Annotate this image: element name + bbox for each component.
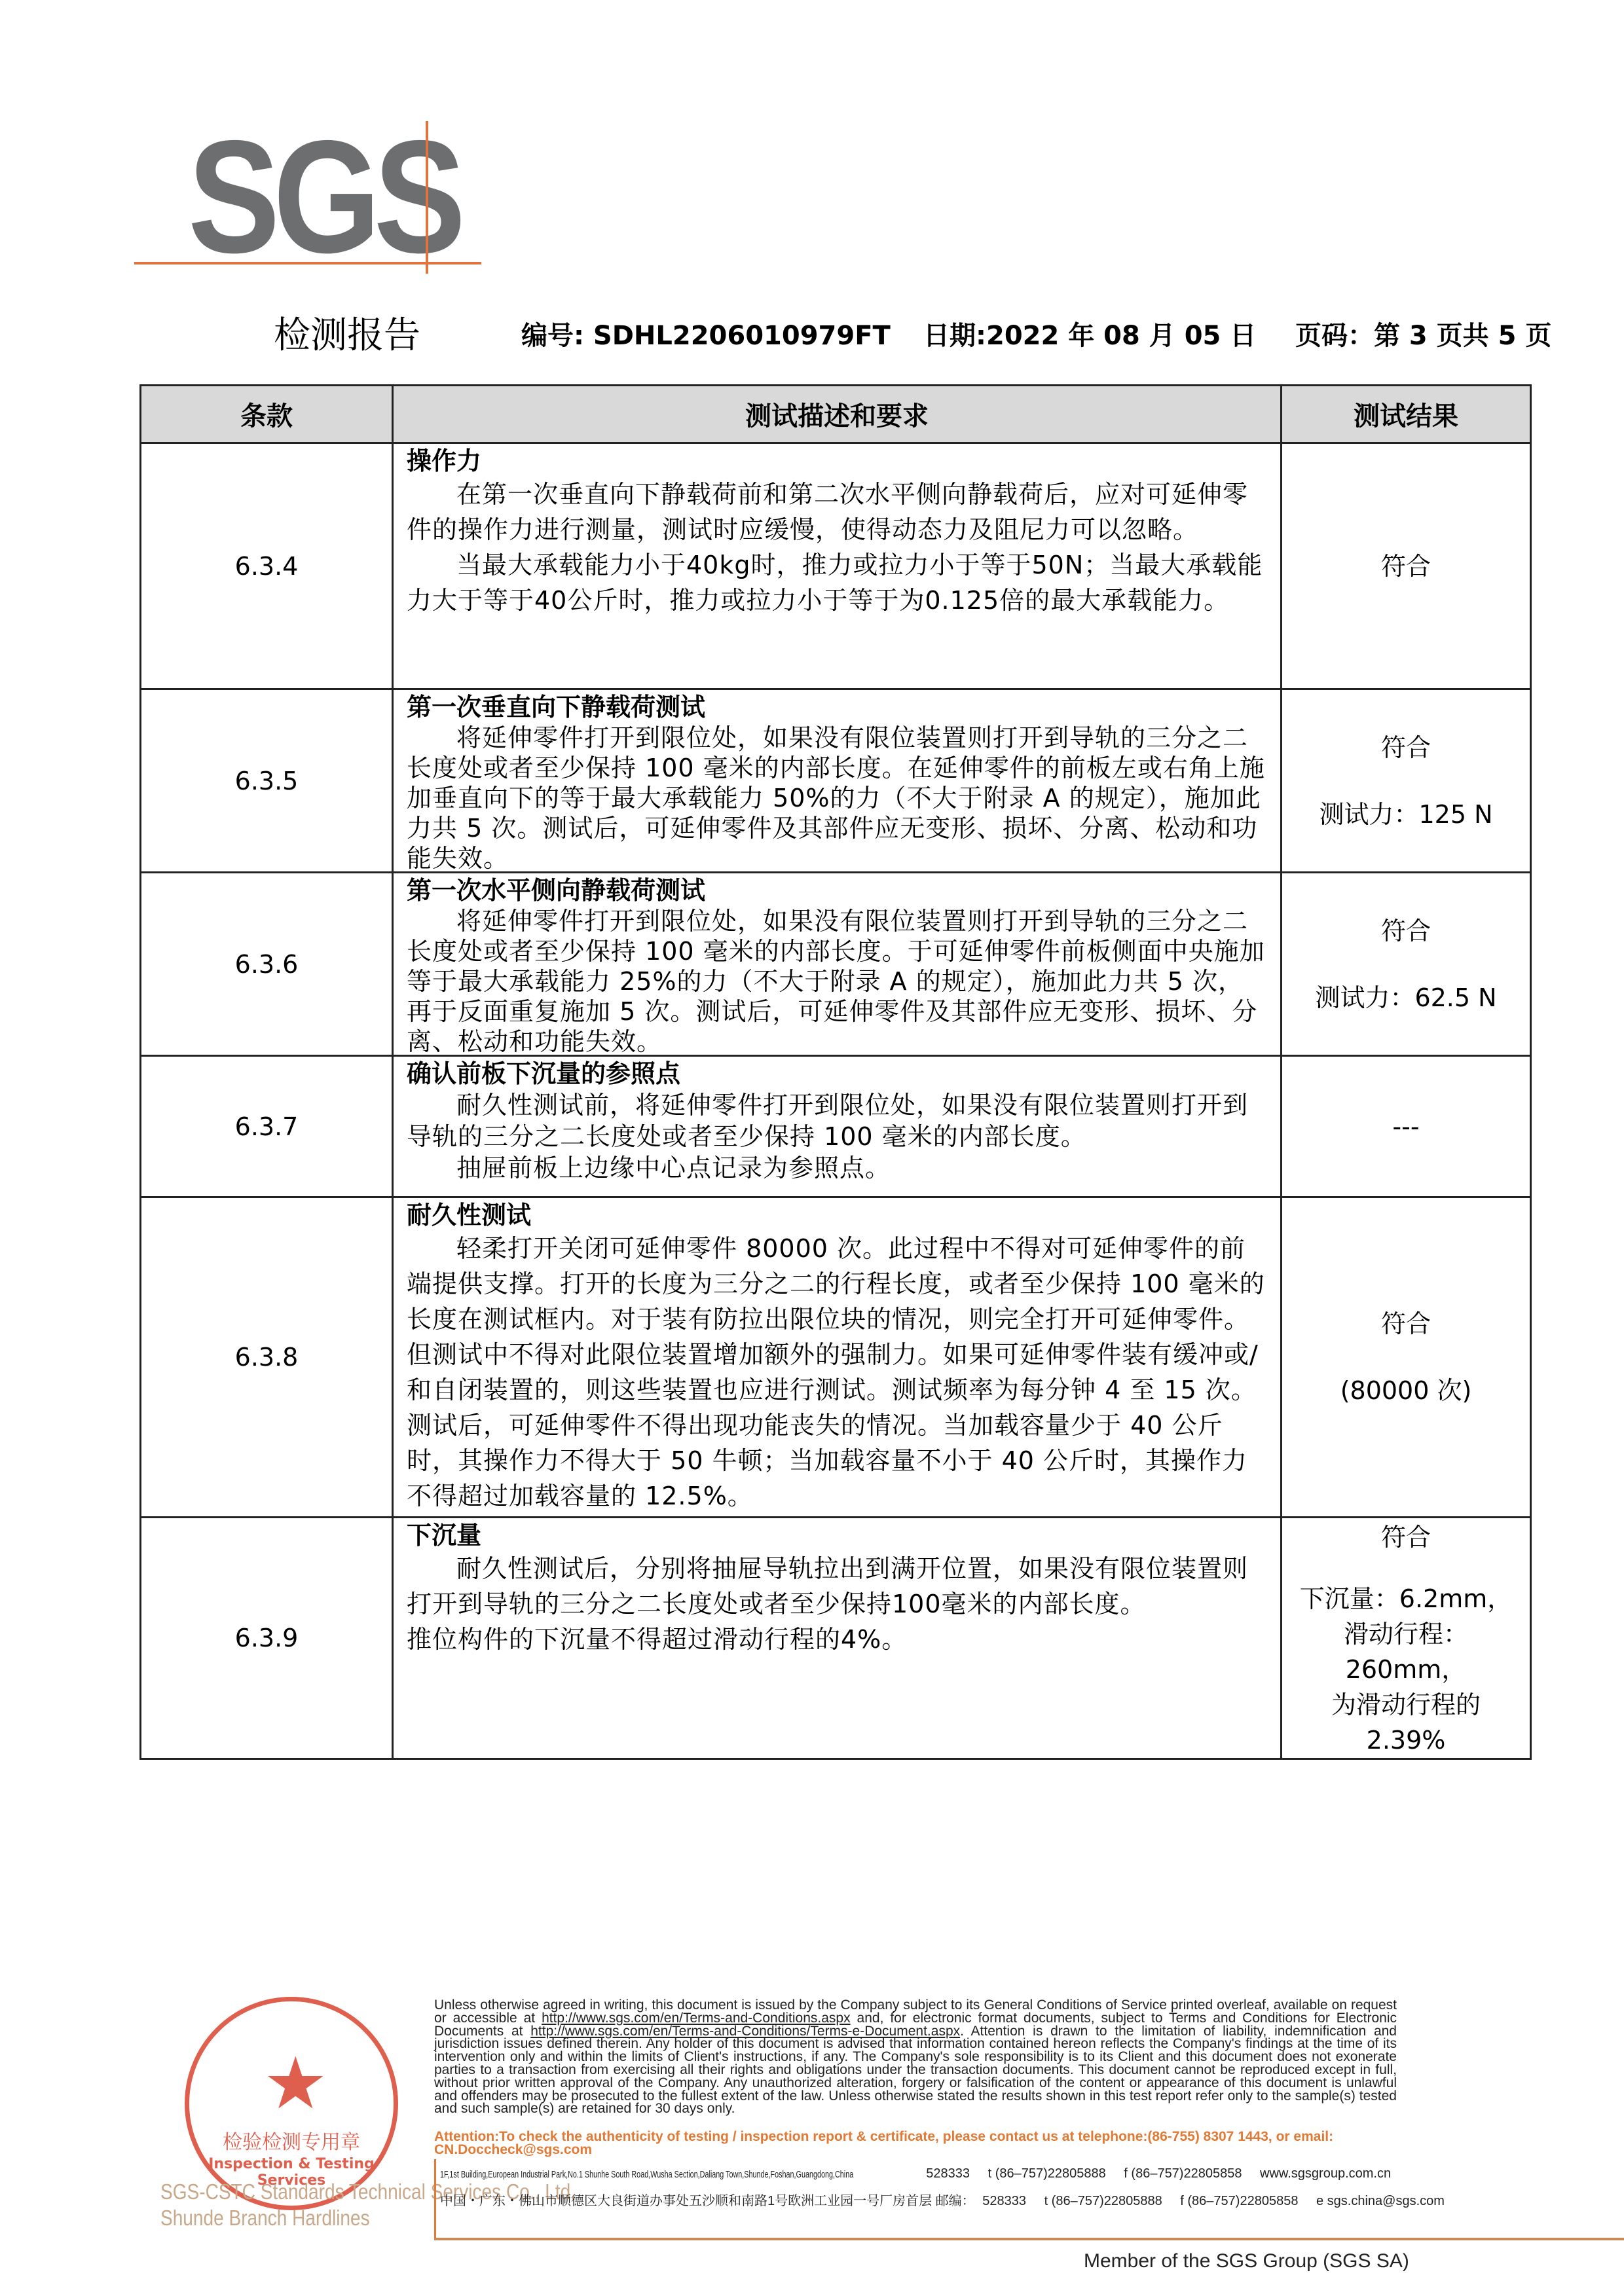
stamp-cn-text: 检验检测专用章: [189, 2126, 394, 2155]
description-paragraph: 抽屉前板上边缘中心点记录为参照点。: [407, 1152, 1268, 1184]
table-row: 6.3.6 第一次水平侧向静载荷测试 将延伸零件打开到限位处，如果没有限位装置则…: [141, 871, 1530, 1055]
result-verdict: 符合: [1381, 1306, 1431, 1341]
table-header-row: 条款 测试描述和要求 测试结果: [141, 386, 1530, 442]
member-statement: Member of the SGS Group (SGS SA): [1084, 2250, 1409, 2273]
table-row: 6.3.5 第一次垂直向下静载荷测试 将延伸零件打开到限位处，如果没有限位装置则…: [141, 688, 1530, 871]
clause-number: 6.3.6: [141, 873, 394, 1055]
report-title: 检测报告: [274, 313, 420, 359]
authenticity-notice: Attention:To check the authenticity of t…: [434, 2130, 1397, 2157]
description-paragraph: 推位构件的下沉量不得超过滑动行程的4%。: [407, 1622, 1268, 1657]
description-paragraph: 在第一次垂直向下静载荷前和第二次水平侧向静载荷后，应对可延伸零件的操作力进行测量…: [407, 477, 1268, 547]
section-title: 第一次水平侧向静载荷测试: [407, 875, 1268, 906]
description-cell: 第一次水平侧向静载荷测试 将延伸零件打开到限位处，如果没有限位装置则打开到导轨的…: [394, 873, 1282, 1055]
description-cell: 第一次垂直向下静载荷测试 将延伸零件打开到限位处，如果没有限位装置则打开到导轨的…: [394, 690, 1282, 871]
section-title: 操作力: [407, 445, 1268, 477]
telephone: t (86–757)22805888: [1044, 2189, 1162, 2213]
address-en: 1F,1st Building,European Industrial Park…: [440, 2163, 853, 2187]
result-verdict: 符合: [1381, 1520, 1431, 1555]
result-ratio-value: 2.39%: [1367, 1722, 1446, 1758]
result-verdict: 符合: [1381, 730, 1431, 765]
description-paragraph: 将延伸零件打开到限位处，如果没有限位装置则打开到导轨的三分之二长度处或者至少保持…: [407, 723, 1268, 873]
result-stroke-value: 260mm，: [1346, 1652, 1467, 1687]
logo-horizontal-rule: [134, 262, 481, 264]
description-cell: 耐久性测试 轻柔打开关闭可延伸零件 80000 次。此过程中不得对可延伸零件的前…: [394, 1198, 1282, 1516]
section-title: 确认前板下沉量的参照点: [407, 1058, 1268, 1089]
table-row: 6.3.8 耐久性测试 轻柔打开关闭可延伸零件 80000 次。此过程中不得对可…: [141, 1196, 1530, 1516]
result-cycles: (80000 次): [1340, 1373, 1472, 1408]
column-header-result: 测试结果: [1282, 386, 1530, 442]
star-icon: ★: [263, 2047, 328, 2119]
result-cell: 符合 测试力：62.5 N: [1282, 873, 1530, 1055]
postcode: 528333: [926, 2162, 970, 2185]
telephone: t (86–757)22805888: [988, 2162, 1106, 2185]
description-paragraph: 耐久性测试前，将延伸零件打开到限位处，如果没有限位装置则打开到导轨的三分之二长度…: [407, 1089, 1268, 1152]
address-line-en: 1F,1st Building,European Industrial Park…: [440, 2162, 1405, 2187]
result-verdict: 符合: [1381, 549, 1431, 584]
result-test-force: 测试力：62.5 N: [1315, 980, 1496, 1015]
report-date: 日期:2022 年 08 月 05 日: [923, 313, 1256, 359]
result-stroke-label: 滑动行程：: [1344, 1616, 1468, 1652]
table-row: 6.3.9 下沉量 耐久性测试后，分别将抽屉导轨拉出到满开位置，如果没有限位装置…: [141, 1516, 1530, 1758]
email: e sgs.china@sgs.com: [1316, 2189, 1445, 2213]
page-number: 页码：第 3 页共 5 页: [1295, 313, 1551, 359]
postcode: 528333: [982, 2189, 1026, 2213]
footer-divider: [434, 2238, 1624, 2240]
result-verdict: ---: [1392, 1109, 1419, 1144]
legal-disclaimer: Unless otherwise agreed in writing, this…: [434, 1999, 1397, 2115]
description-paragraph: 当最大承载能力小于40kg时，推力或拉力小于等于50N；当最大承载能力大于等于4…: [407, 547, 1268, 618]
result-cell: 符合 下沉量：6.2mm， 滑动行程： 260mm， 为滑动行程的 2.39%: [1282, 1518, 1530, 1758]
result-cell: 符合: [1282, 444, 1530, 688]
address-line-cn: 中国・广东・佛山市顺德区大良街道办事处五沙顺和南路1号欧洲工业园一号厂房首层 邮…: [440, 2189, 1459, 2213]
sgs-logo: SGS: [134, 121, 429, 272]
result-cell: 符合 测试力：125 N: [1282, 690, 1530, 871]
result-cell: ---: [1282, 1057, 1530, 1196]
description-paragraph: 将延伸零件打开到限位处，如果没有限位装置则打开到导轨的三分之二长度处或者至少保持…: [407, 906, 1268, 1057]
clause-number: 6.3.9: [141, 1518, 394, 1758]
column-header-clause: 条款: [141, 386, 394, 442]
section-title: 耐久性测试: [407, 1199, 1268, 1231]
result-test-force: 测试力：125 N: [1319, 797, 1492, 832]
table-row: 6.3.4 操作力 在第一次垂直向下静载荷前和第二次水平侧向静载荷后，应对可延伸…: [141, 442, 1530, 688]
logo-vertical-rule: [426, 121, 428, 274]
description-cell: 确认前板下沉量的参照点 耐久性测试前，将延伸零件打开到限位处，如果没有限位装置则…: [394, 1057, 1282, 1196]
disclaimer-text: . Attention is drawn to the limitation o…: [434, 2024, 1397, 2117]
section-title: 第一次垂直向下静载荷测试: [407, 691, 1268, 723]
address-cn: 中国・广东・佛山市顺德区大良街道办事处五沙顺和南路1号欧洲工业园一号厂房首层 邮…: [440, 2189, 975, 2213]
fax: f (86–757)22805858: [1180, 2189, 1298, 2213]
clause-number: 6.3.4: [141, 444, 394, 688]
website: www.sgsgroup.com.cn: [1260, 2162, 1391, 2185]
description-paragraph: 轻柔打开关闭可延伸零件 80000 次。此过程中不得对可延伸零件的前端提供支撑。…: [407, 1231, 1268, 1514]
clause-number: 6.3.7: [141, 1057, 394, 1196]
section-title: 下沉量: [407, 1520, 1268, 1551]
result-cell: 符合 (80000 次): [1282, 1198, 1530, 1516]
column-header-description: 测试描述和要求: [394, 386, 1282, 442]
result-ratio-label: 为滑动行程的: [1331, 1687, 1481, 1722]
description-paragraph: 耐久性测试后，分别将抽屉导轨拉出到满开位置，如果没有限位装置则打开到导轨的三分之…: [407, 1551, 1268, 1622]
description-cell: 下沉量 耐久性测试后，分别将抽屉导轨拉出到满开位置，如果没有限位装置则打开到导轨…: [394, 1518, 1282, 1758]
test-results-table: 条款 测试描述和要求 测试结果 6.3.4 操作力 在第一次垂直向下静载荷前和第…: [139, 384, 1532, 1760]
clause-number: 6.3.5: [141, 690, 394, 871]
clause-number: 6.3.8: [141, 1198, 394, 1516]
description-cell: 操作力 在第一次垂直向下静载荷前和第二次水平侧向静载荷后，应对可延伸零件的操作力…: [394, 444, 1282, 688]
result-verdict: 符合: [1381, 913, 1431, 949]
fax: f (86–757)22805858: [1124, 2162, 1242, 2185]
report-number: 编号: SDHL2206010979FT: [521, 313, 891, 359]
address-accent-bar: [434, 2159, 436, 2238]
table-row: 6.3.7 确认前板下沉量的参照点 耐久性测试前，将延伸零件打开到限位处，如果没…: [141, 1055, 1530, 1196]
result-sag: 下沉量：6.2mm，: [1300, 1581, 1512, 1616]
logo-text: SGS: [188, 121, 459, 272]
